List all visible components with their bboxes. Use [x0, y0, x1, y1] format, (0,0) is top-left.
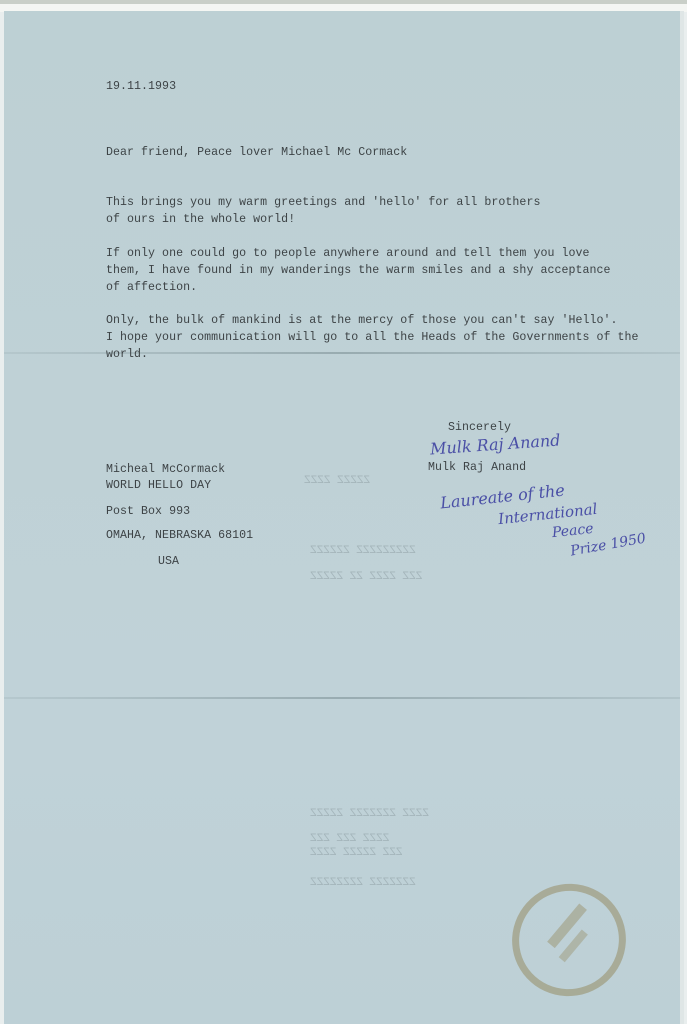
letter-page: 19.11.1993 Dear friend, Peace lover Mich…	[4, 11, 684, 1024]
show-through-text: ZZZZ ZZZZZZZ ZZZZZ	[310, 808, 429, 820]
paragraph-2-line-1: If only one could go to people anywhere …	[106, 245, 590, 262]
paragraph-3-line-1: Only, the bulk of mankind is at the merc…	[106, 312, 618, 329]
recipient-organization: WORLD HELLO DAY	[106, 477, 211, 494]
recipient-address-line-2: OMAHA, NEBRASKA 68101	[106, 527, 253, 544]
handwritten-note-line-3: Peace	[551, 521, 594, 541]
recipient-address-line-1: Post Box 993	[106, 503, 190, 520]
fold-crease	[4, 697, 684, 699]
paragraph-1-line-1: This brings you my warm greetings and 'h…	[106, 194, 540, 211]
show-through-text: ZZZZZZZZZ ZZZZZZ	[310, 545, 416, 557]
signer-name: Mulk Raj Anand	[428, 459, 526, 476]
show-through-text: ZZZZZZZ ZZZZZZZZ	[310, 877, 416, 889]
page-edge	[680, 11, 684, 1024]
show-through-text: ZZZ ZZZZZ ZZZZ	[310, 847, 402, 859]
paragraph-2-line-3: of affection.	[106, 279, 197, 296]
show-through-text: ZZZZZ ZZZZ	[304, 475, 370, 487]
letter-date: 19.11.1993	[106, 78, 176, 95]
postmark-stamp	[496, 868, 641, 1012]
paragraph-3-line-2: I hope your communication will go to all…	[106, 329, 639, 346]
paragraph-3-line-3: world.	[106, 346, 148, 363]
paragraph-2-line-2: them, I have found in my wanderings the …	[106, 262, 611, 279]
recipient-name: Micheal McCormack	[106, 461, 225, 478]
show-through-text: ZZZ ZZZZ ZZ ZZZZZ	[310, 571, 422, 583]
show-through-text: ZZZZ ZZZ ZZZ	[310, 833, 389, 845]
recipient-country: USA	[158, 553, 179, 570]
paragraph-1-line-2: of ours in the whole world!	[106, 211, 295, 228]
salutation: Dear friend, Peace lover Michael Mc Corm…	[106, 144, 407, 161]
closing: Sincerely	[448, 419, 511, 436]
